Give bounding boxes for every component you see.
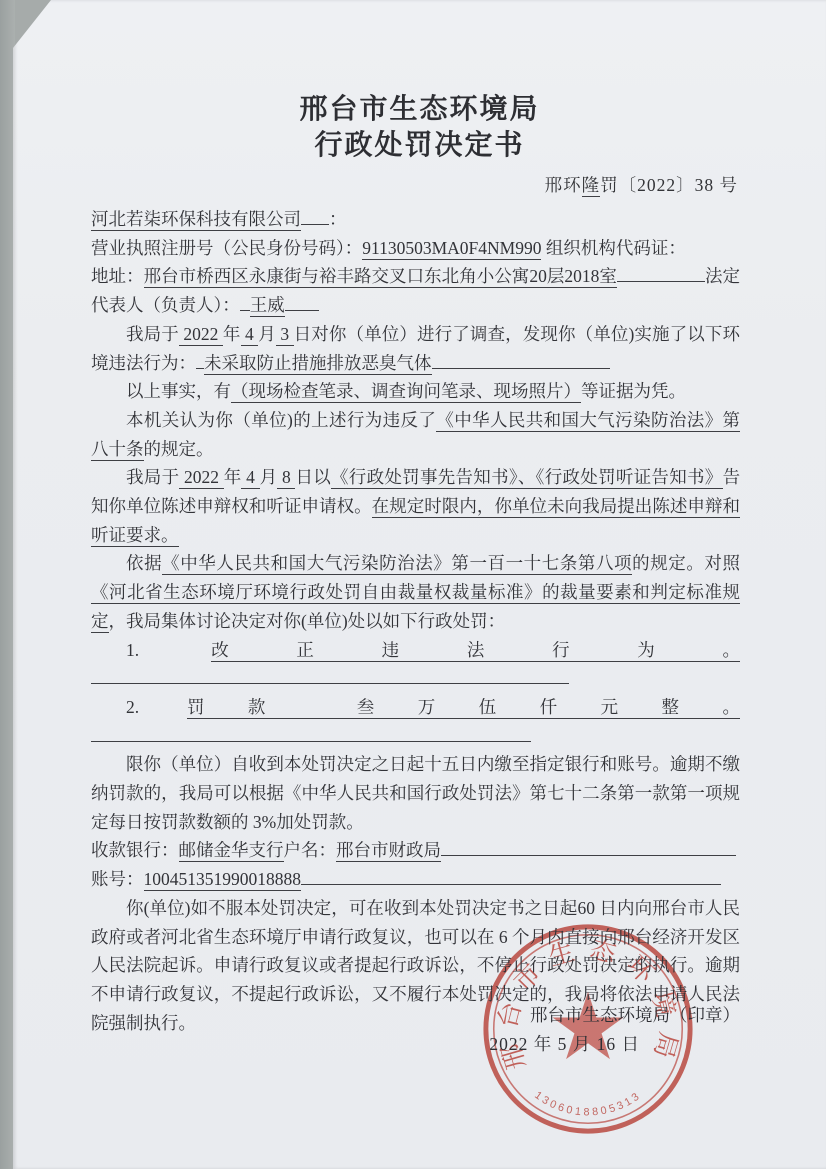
blank-underline — [301, 208, 329, 225]
text-segment: ，我局集体讨论决定对你(单位)处以如下行政处罚： — [109, 611, 506, 631]
underlined-text: 邮储金华支行 — [179, 840, 284, 862]
text-segment: 收款银行： — [91, 840, 179, 860]
document-body: 河北若柒环保科技有限公司：营业执照注册号（公民身份号码）：91130503MA0… — [91, 205, 740, 1037]
blank-underline — [617, 265, 705, 282]
underlined-text: 91130503MA0F4NM990 — [362, 238, 541, 260]
paragraph: 以上事实，有（现场检查笔录、调查询问笔录、现场照片）等证据为凭。 — [91, 377, 740, 406]
text-segment: 月 — [260, 467, 278, 487]
document-title: 邢台市生态环境局 行政处罚决定书 — [13, 92, 826, 164]
underlined-text: 3 — [276, 324, 294, 346]
text-segment: 月 — [258, 324, 276, 344]
paragraph: 收款银行：邮储金华支行户名：邢台市财政局 — [91, 836, 740, 865]
underlined-text: 4 — [241, 324, 259, 346]
document-content: 邢台市生态环境局 行政处罚决定书 邢环隆罚〔2022〕38 号 河北若柒环保科技… — [13, 0, 826, 1169]
blank-underline — [285, 294, 319, 311]
underlined-text: 邢台市财政局 — [336, 840, 441, 862]
underlined-text: 河北若柒环保科技有限公司 — [91, 209, 301, 231]
signature-authority: 邢台市生态环境局（印章） — [489, 1001, 740, 1030]
title-line-2: 行政处罚决定书 — [13, 128, 826, 164]
text-segment: 我局于 — [126, 467, 179, 487]
text-segment: 以上事实，有 — [126, 381, 231, 401]
underlined-text: 《中华人民共和国大气污染防治法》第一百一十七条第八项 — [162, 553, 632, 575]
blank-underline — [432, 352, 610, 369]
doc-number: 邢环隆罚〔2022〕38 号 — [13, 172, 826, 197]
paragraph: 营业执照注册号（公民身份号码）：91130503MA0F4NM990 组织机构代… — [91, 234, 740, 263]
text-segment: 户名： — [284, 840, 337, 860]
paragraph: 我局于 2022 年 4 月 3 日对你（单位）进行了调查，发现你（单位)实施了… — [91, 320, 740, 377]
text-segment: 账号： — [91, 869, 144, 889]
paragraph: 地址：邢台市桥西区永康街与裕丰路交叉口东北角小公寓20层2018室法定代表人（负… — [91, 262, 740, 319]
text-segment: 的规定。对照 — [632, 553, 740, 573]
paragraph: 河北若柒环保科技有限公司： — [91, 205, 740, 234]
text-segment: 年 — [223, 324, 241, 344]
text-segment: 地址： — [91, 266, 144, 286]
text-segment: 组织机构代码证： — [541, 238, 685, 258]
underlined-text: （现场检查笔录、调查询问笔录、现场照片） — [231, 381, 581, 403]
text-segment: 我局于 — [126, 324, 179, 344]
blank-underline — [91, 725, 531, 742]
text-segment: 邢环 — [545, 175, 582, 195]
text-segment: ： — [329, 209, 347, 229]
text-segment: 年 — [224, 467, 242, 487]
underlined-text: 2022 — [179, 467, 223, 489]
underlined-text: 8 — [277, 467, 295, 489]
paragraph: 1. 改正违法行为。 — [91, 636, 740, 693]
paragraph: 账号：100451351990018888 — [91, 865, 740, 894]
blank-underline — [301, 868, 721, 885]
scanned-document: { "page": { "background_color": "#a6abaa… — [0, 0, 826, 1169]
text-segment: 的规定。 — [144, 439, 214, 459]
text-segment: 依据 — [126, 553, 162, 573]
paragraph: 限你（单位）自收到本处罚决定之日起十五日内缴至指定银行和账号。逾期不缴纳罚款的，… — [91, 750, 740, 836]
text-segment: 营业执照注册号（公民身份号码）： — [91, 238, 362, 258]
underlined-text: 改正违法行为。 — [211, 640, 740, 662]
text-segment: 罚〔2022〕38 号 — [600, 175, 738, 195]
text-segment: 2. — [126, 697, 187, 717]
text-segment: 限你（单位）自收到本处罚决定之日起十五日内缴至指定银行和账号。逾期不缴纳罚款的，… — [91, 754, 740, 831]
text-segment: 日以 — [295, 467, 331, 487]
text-segment: 1. — [126, 640, 211, 660]
paragraph: 我局于 2022 年 4 月 8 日以《行政处罚事先告知书》、《行政处罚听证告知… — [91, 463, 740, 549]
signature-block: 邢台市生态环境局（印章） 2022 年 5 月 16 日 — [489, 1001, 740, 1059]
title-line-1: 邢台市生态环境局 — [13, 92, 826, 128]
text-segment: 等证据为凭。 — [581, 381, 686, 401]
paragraph: 依据《中华人民共和国大气污染防治法》第一百一十七条第八项的规定。对照《河北省生态… — [91, 549, 740, 635]
signature-date: 2022 年 5 月 16 日 — [489, 1030, 740, 1059]
blank-underline — [240, 294, 250, 311]
underlined-text: 100451351990018888 — [144, 869, 302, 891]
paragraph: 本机关认为你（单位)的上述行为违反了《中华人民共和国大气污染防治法》第八十条的规… — [91, 406, 740, 463]
paragraph: 2. 罚款 叁万伍仟元整。 — [91, 693, 740, 750]
underlined-text: 隆 — [582, 175, 601, 197]
underlined-text: 邢台市桥西区永康街与裕丰路交叉口东北角小公寓20层2018室 — [144, 266, 617, 288]
underlined-text: 罚款 叁万伍仟元整。 — [187, 697, 740, 719]
underlined-text: 《行政处罚事先告知书》、《行政处罚听证告知书》 — [331, 467, 723, 489]
blank-underline — [91, 667, 569, 684]
text-segment: 本机关认为你（单位)的上述行为违反了 — [126, 410, 436, 430]
underlined-text: 2022 — [179, 324, 223, 346]
underlined-text: 未采取防止措施排放恶臭气体 — [204, 353, 432, 375]
underlined-text: 王威 — [250, 295, 285, 317]
blank-underline — [441, 839, 736, 856]
blank-underline — [196, 352, 204, 369]
underlined-text: 4 — [241, 467, 259, 489]
